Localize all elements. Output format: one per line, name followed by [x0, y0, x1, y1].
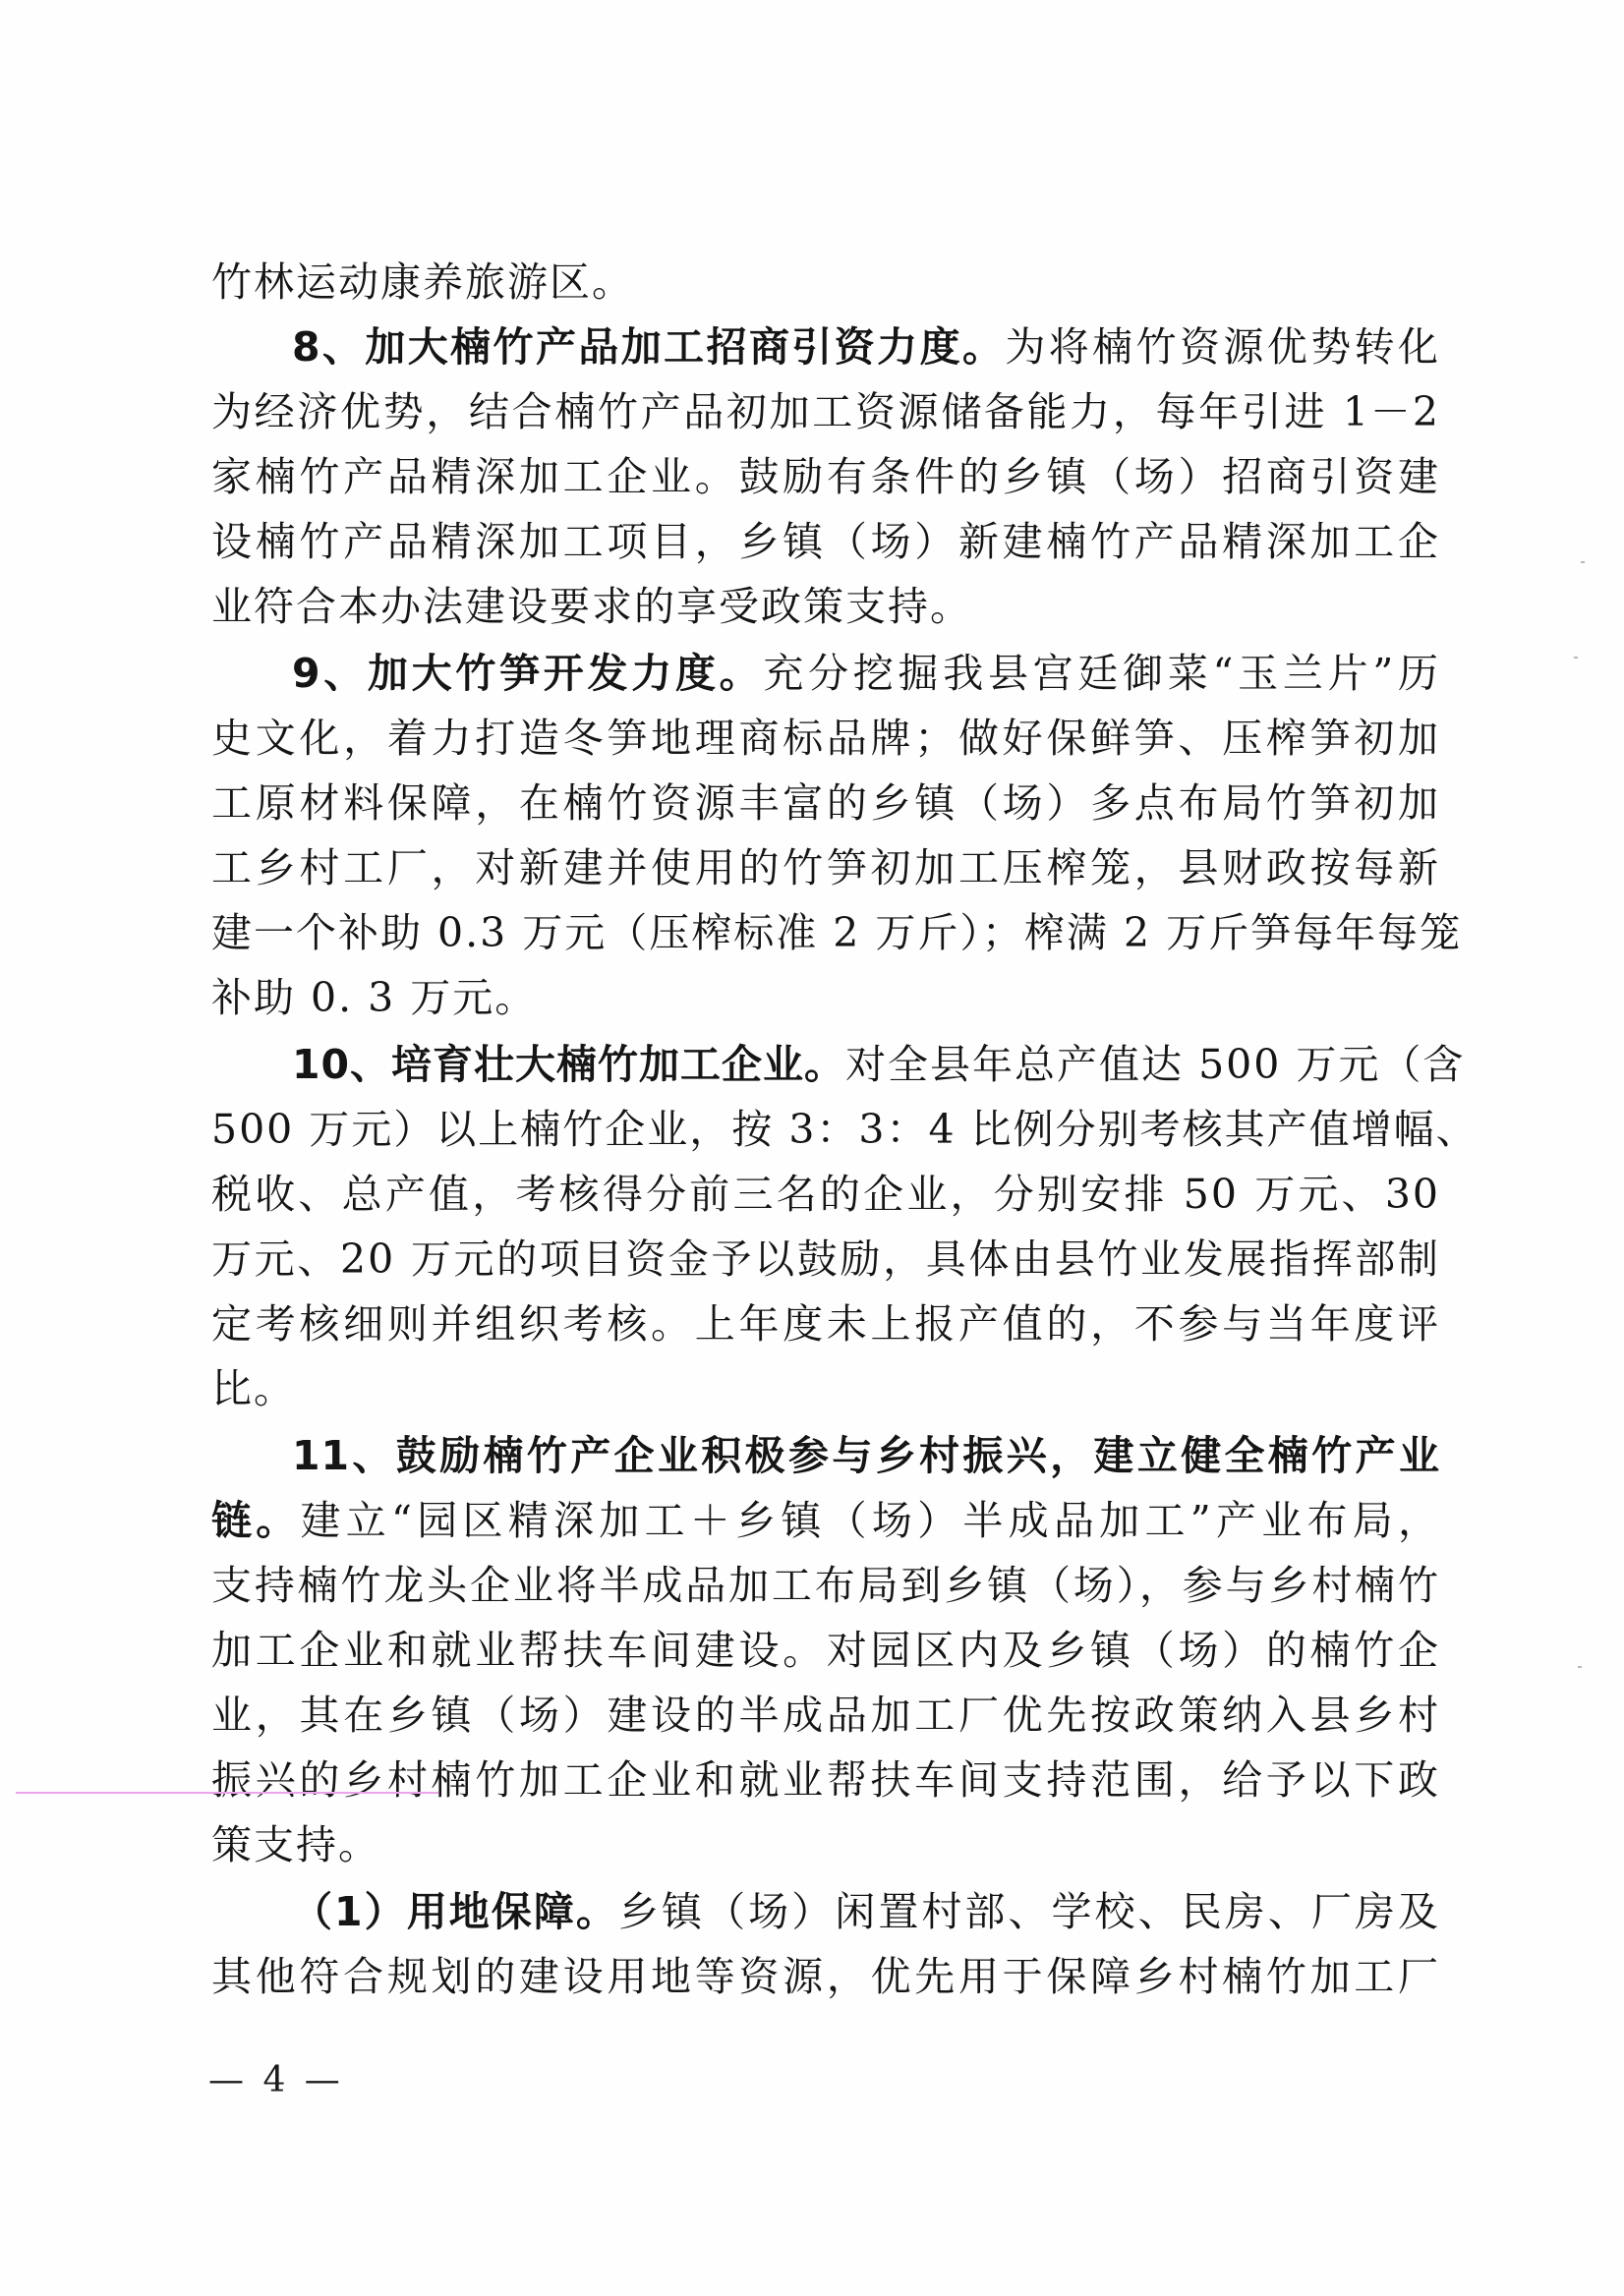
- item-9-heading-line: 9、加大竹笋开发力度。充分挖掘我县宫廷御菜“玉兰片”历: [292, 649, 1440, 698]
- item-8-heading-line: 8、加大楠竹产品加工招商引资力度。为将楠竹资源优势转化: [292, 322, 1440, 372]
- text-run: 乡镇（场）闲置村部、学校、民房、厂房及: [618, 1888, 1440, 1935]
- text-run: 对全县年总产值达 500 万元（含: [845, 1041, 1465, 1088]
- paragraph-line: 定考核细则并组织考核。上年度未上报产值的，不参与当年度评: [211, 1299, 1440, 1349]
- scan-speck: [1574, 657, 1578, 659]
- scan-speck: [1578, 1666, 1582, 1668]
- paragraph-line: 工原材料保障，在楠竹资源丰富的乡镇（场）多点布局竹笋初加: [211, 778, 1440, 828]
- paragraph-line: 家楠竹产品精深加工企业。鼓励有条件的乡镇（场）招商引资建: [211, 452, 1440, 501]
- item-9-heading: 9、加大竹笋开发力度。: [292, 650, 763, 697]
- paragraph-line: 比。: [211, 1364, 1440, 1413]
- text-run: 为将楠竹资源优势转化: [1005, 323, 1440, 371]
- text-run: 建立“园区精深加工＋乡镇（场）半成品加工”产业布局，: [301, 1497, 1440, 1544]
- item-11-1-heading-line: （1）用地保障。乡镇（场）闲置村部、学校、民房、厂房及: [292, 1887, 1440, 1936]
- paragraph-line: 业，其在乡镇（场）建设的半成品加工厂优先按政策纳入县乡村: [211, 1691, 1440, 1740]
- text-run: 竹林运动康养旅游区。: [211, 258, 634, 306]
- paragraph-line: 500 万元）以上楠竹企业，按 3：3：4 比例分别考核其产值增幅、: [211, 1105, 1440, 1154]
- paragraph-line: 加工企业和就业帮扶车间建设。对园区内及乡镇（场）的楠竹企: [211, 1626, 1440, 1675]
- paragraph-line: 建一个补助 0.3 万元（压榨标准 2 万斤）；榨满 2 万斤笋每年每笼: [211, 908, 1440, 957]
- paragraph-line: 竹林运动康养旅游区。: [211, 258, 1440, 307]
- paragraph-line: 补助 0. 3 万元。: [211, 973, 1440, 1022]
- paragraph-line: 税收、总产值，考核得分前三名的企业，分别安排 50 万元、30: [211, 1170, 1440, 1219]
- paragraph-line: 设楠竹产品精深加工项目，乡镇（场）新建楠竹产品精深加工企: [211, 517, 1440, 566]
- paragraph-line: 策支持。: [211, 1820, 1440, 1869]
- item-11-1-heading: （1）用地保障。: [292, 1888, 618, 1935]
- paragraph-line: 支持楠竹龙头企业将半成品加工布局到乡镇（场），参与乡村楠竹: [211, 1561, 1440, 1610]
- scan-speck: [1581, 561, 1585, 563]
- paragraph-line: 业符合本办法建设要求的享受政策支持。: [211, 582, 1440, 631]
- paragraph-line: 工乡村工厂，对新建并使用的竹笋初加工压榨笼，县财政按每新: [211, 843, 1440, 892]
- document-page: 竹林运动康养旅游区。 8、加大楠竹产品加工招商引资力度。为将楠竹资源优势转化 为…: [0, 0, 1624, 2296]
- item-10-heading-line: 10、培育壮大楠竹加工企业。对全县年总产值达 500 万元（含: [292, 1040, 1440, 1089]
- item-11-heading-line: 11、鼓励楠竹产企业积极参与乡村振兴，建立健全楠竹产业: [292, 1431, 1440, 1480]
- item-11-heading-line-2: 链。建立“园区精深加工＋乡镇（场）半成品加工”产业布局，: [211, 1496, 1440, 1545]
- paragraph-line: 振兴的乡村楠竹加工企业和就业帮扶车间支持范围，给予以下政: [211, 1755, 1440, 1805]
- paragraph-line: 万元、20 万元的项目资金予以鼓励，具体由县竹业发展指挥部制: [211, 1234, 1440, 1284]
- paragraph-line: 为经济优势，结合楠竹产品初加工资源储备能力，每年引进 1－2: [211, 387, 1440, 436]
- item-8-heading: 8、加大楠竹产品加工招商引资力度。: [292, 323, 1005, 371]
- margin-rule: [16, 1792, 438, 1794]
- text-run: 充分挖掘我县宫廷御菜“玉兰片”历: [763, 650, 1440, 697]
- page-number: — 4 —: [208, 2060, 344, 2100]
- paragraph-line: 史文化，着力打造冬笋地理商标品牌；做好保鲜笋、压榨笋初加: [211, 714, 1440, 763]
- paragraph-line: 其他符合规划的建设用地等资源，优先用于保障乡村楠竹加工厂: [211, 1952, 1440, 2001]
- item-11-heading: 11、鼓励楠竹产企业积极参与乡村振兴，建立健全楠竹产业: [292, 1432, 1440, 1479]
- item-11-heading-cont: 链。: [211, 1497, 301, 1544]
- item-10-heading: 10、培育壮大楠竹加工企业。: [292, 1041, 845, 1088]
